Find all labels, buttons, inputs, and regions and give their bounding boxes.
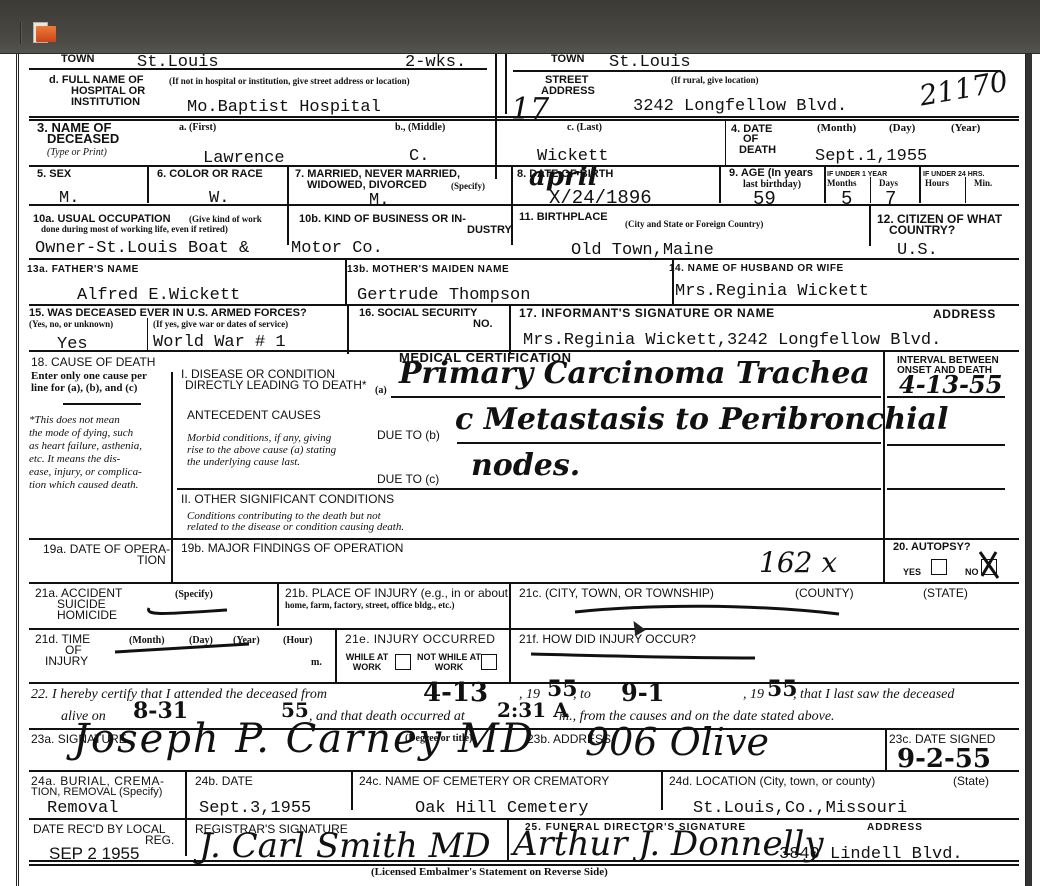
note-line: as heart failure, asthenia, — [29, 440, 142, 452]
war-service-value: World War # 1 — [153, 334, 286, 351]
occupation-hint-1: (Give kind of work — [189, 215, 262, 224]
county-label: (COUNTY) — [795, 588, 854, 599]
while-at-work-checkbox[interactable] — [395, 654, 411, 670]
months-label: Months — [827, 179, 857, 188]
injury-occurred-label: 21e. INJURY OCCURRED — [345, 634, 495, 645]
state-label: (STATE) — [923, 588, 968, 599]
folder-icon[interactable] — [33, 22, 57, 43]
part2-label: II. OTHER SIGNIFICANT CONDITIONS — [181, 494, 394, 505]
dash-mark-icon — [529, 650, 759, 662]
street-hint: (If rural, give location) — [671, 76, 758, 85]
part1-label-2: DIRECTLY LEADING TO DEATH* — [185, 380, 367, 391]
marital-label-2: WIDOWED, DIVORCED — [307, 180, 427, 191]
received-label-2: REG. — [145, 835, 174, 846]
not-while-at-work-checkbox[interactable] — [481, 654, 497, 670]
injury-time-label-1: 21d. TIME — [35, 634, 90, 645]
sex-label: 5. SEX — [37, 169, 71, 180]
injury-time-label-3: INJURY — [45, 656, 88, 667]
min-label: Min. — [974, 179, 992, 188]
citizen-label-2: COUNTRY? — [889, 225, 955, 236]
birthplace-label: 11. BIRTHPLACE — [519, 212, 608, 223]
to-word: , to — [573, 688, 591, 702]
month-label: (Month) — [817, 124, 856, 133]
residence-town-value: St.Louis — [609, 54, 691, 71]
operation-date-label-2: TION — [137, 555, 166, 566]
autopsy-no-checkbox[interactable] — [981, 559, 997, 575]
toolbar-separator — [20, 22, 21, 44]
location-value: St.Louis,Co.,Missouri — [693, 800, 907, 817]
middle-name: C. — [409, 148, 429, 165]
informant-address-label: ADDRESS — [933, 309, 996, 320]
informant-value: Mrs.Reginia Wickett,3242 Longfellow Blvd… — [523, 332, 941, 349]
footer-note: (Licensed Embalmer's Statement on Revers… — [371, 868, 608, 877]
injury-hour-label: (Hour) — [283, 636, 312, 645]
marital-hint: (Specify) — [451, 182, 485, 191]
cause-instr-2: line for (a), (b), and (c) — [31, 384, 137, 393]
place-label-1: 21b. PLACE OF INJURY (e.g., in or about — [285, 588, 508, 599]
physician-address: 906 Olive — [585, 720, 769, 764]
cause-c-value: nodes. — [471, 448, 580, 483]
image-viewport: TOWN St.Louis 2-wks. TOWN St.Louis d. FU… — [0, 54, 1040, 886]
city-label: 21c. (CITY, TOWN, OR TOWNSHIP) — [519, 588, 714, 599]
business-label-1: 10b. KIND OF BUSINESS OR IN- — [299, 214, 466, 225]
location-label: 24d. LOCATION (City, town, or county) — [669, 776, 875, 787]
citizen-value: U.S. — [897, 242, 938, 259]
note-line: the underlying cause last. — [187, 456, 300, 468]
cause-a-value: Primary Carcinoma Trachea — [399, 356, 870, 391]
cert-line1-post: , that I last saw the deceased — [793, 688, 954, 702]
race-label: 6. COLOR OR RACE — [157, 169, 263, 180]
spouse-value: Mrs.Reginia Wickett — [675, 283, 869, 300]
autopsy-label: 20. AUTOPSY? — [893, 542, 971, 553]
autopsy-yes-label: YES — [903, 567, 921, 578]
physician-signature: Joseph P. Carney MD — [73, 716, 535, 762]
year-label: (Year) — [951, 124, 980, 133]
funeral-address-label: ADDRESS — [867, 822, 923, 833]
place-label-2: home, farm, factory, street, office bldg… — [285, 601, 455, 610]
how-injury-label: 21f. HOW DID INJURY OCCUR? — [519, 634, 696, 645]
antecedent-label: ANTECEDENT CAUSES — [187, 410, 321, 421]
dash-mark-icon — [145, 602, 231, 618]
occupation-value: Owner-St.Louis Boat & — [35, 240, 249, 257]
viewer-toolbar — [0, 0, 1040, 54]
mother-label: 13b. MOTHER'S MAIDEN NAME — [347, 264, 509, 275]
cause-label: 18. CAUSE OF DEATH — [31, 357, 155, 368]
injury-type-label-3: HOMICIDE — [57, 610, 117, 621]
note-line: the mode of dying, such — [29, 427, 133, 439]
injury-m-label: m. — [311, 658, 322, 667]
hospital-value: Mo.Baptist Hospital — [187, 99, 381, 116]
dash-mark-icon — [113, 640, 253, 656]
hospital-hint: (If not in hospital or institution, give… — [169, 77, 410, 86]
day-label: (Day) — [889, 124, 915, 133]
cause-b-value: c Metastasis to Peribronchial — [455, 402, 948, 437]
father-value: Alfred E.Wickett — [77, 287, 240, 304]
death-date-label-3: DEATH — [739, 145, 776, 156]
vertical-scrollbar[interactable] — [1026, 54, 1040, 886]
father-label: 13a. FATHER'S NAME — [27, 264, 139, 275]
note-line: *This does not mean — [29, 414, 120, 426]
findings-label: 19b. MAJOR FINDINGS OF OPERATION — [181, 543, 403, 554]
note-line: ease, injury, or complica- — [29, 466, 142, 478]
due-to-b-label: DUE TO (b) — [377, 430, 440, 441]
armed-forces-hint-b: (If yes, give war or dates of service) — [153, 320, 288, 329]
last-name-label: c. (Last) — [567, 123, 602, 132]
cemetery-label: 24c. NAME OF CEMETERY OR CREMATORY — [359, 776, 609, 787]
first-name-label: a. (First) — [179, 123, 216, 132]
birthplace-value: Old Town,Maine — [571, 242, 714, 259]
armed-forces-label: 15. WAS DECEASED EVER IN U.S. ARMED FORC… — [29, 308, 307, 319]
autopsy-yes-checkbox[interactable] — [931, 559, 947, 575]
file-number: 21170 — [917, 65, 1010, 113]
days-label: Days — [879, 179, 898, 188]
attended-from-date: 4-13 — [423, 678, 488, 708]
street-value: 3242 Longfellow Blvd. — [633, 98, 847, 115]
spouse-label: 14. NAME OF HUSBAND OR WIFE — [669, 263, 844, 274]
findings-note: 162 x — [759, 546, 837, 579]
business-label-2: DUSTRY — [467, 225, 512, 236]
name-label-3: (Type or Print) — [47, 147, 107, 159]
name-label-2: DECEASED — [47, 133, 119, 144]
due-to-c-label: DUE TO (c) — [377, 474, 439, 485]
burial-date: Sept.3,1955 — [199, 800, 311, 817]
dash-mark-icon — [573, 604, 843, 618]
year-prefix-2: , 19 — [743, 688, 764, 702]
part2-hint-2: related to the disease or condition caus… — [187, 521, 404, 533]
injury-specify-label: (Specify) — [175, 590, 213, 599]
ssn-label-1: 16. SOCIAL SECURITY — [359, 308, 477, 319]
armed-forces-hint-a: (Yes, no, or unknown) — [29, 320, 113, 329]
attended-to-date: 9-1 — [621, 678, 664, 707]
note-line: etc. It means the dis- — [29, 453, 120, 465]
hours-label: Hours — [925, 179, 949, 188]
cause-a-label: (a) — [375, 386, 387, 395]
hospital-label-3: INSTITUTION — [71, 97, 140, 108]
death-date: Sept.1,1955 — [815, 148, 927, 165]
marital-value: M. — [369, 192, 389, 209]
burial-value: Removal — [47, 800, 118, 817]
margin-mark: 17 — [511, 92, 549, 127]
note-line: Morbid conditions, if any, giving — [187, 432, 331, 444]
location-state-label: (State) — [953, 776, 989, 787]
cause-instr-1: Enter only one cause per — [31, 372, 147, 381]
interval-a-value: 4-13-55 — [899, 370, 1002, 399]
x-mark-icon — [976, 550, 1002, 580]
death-certificate: TOWN St.Louis 2-wks. TOWN St.Louis d. FU… — [16, 54, 1028, 886]
while-at-work-label: WHILE AT WORK — [345, 652, 389, 672]
note-line: tion which caused death. — [29, 479, 138, 491]
business-value: Motor Co. — [291, 240, 383, 257]
town-label: TOWN — [61, 54, 94, 65]
not-while-at-work-label: NOT WHILE AT WORK — [417, 652, 481, 672]
cemetery-value: Oak Hill Cemetery — [415, 800, 588, 817]
burial-label-2: TION, REMOVAL (Specify) — [31, 787, 162, 798]
note-line: rise to the above cause (a) stating — [187, 444, 336, 456]
birthplace-hint: (City and State or Foreign Country) — [625, 220, 763, 229]
informant-label: 17. INFORMANT'S SIGNATURE OR NAME — [519, 308, 775, 319]
middle-name-label: b., (Middle) — [395, 123, 445, 132]
residence-town-label: TOWN — [551, 54, 584, 65]
mother-value: Gertrude Thompson — [357, 287, 530, 304]
funeral-director-signature: Arthur J. Donnelly — [513, 824, 824, 864]
occupation-hint-2: done during most of working life, even i… — [41, 225, 228, 234]
ssn-label-2: NO. — [473, 319, 493, 330]
age-label-1: 9. AGE (In years — [729, 168, 813, 179]
burial-date-label: 24b. DATE — [195, 776, 253, 787]
